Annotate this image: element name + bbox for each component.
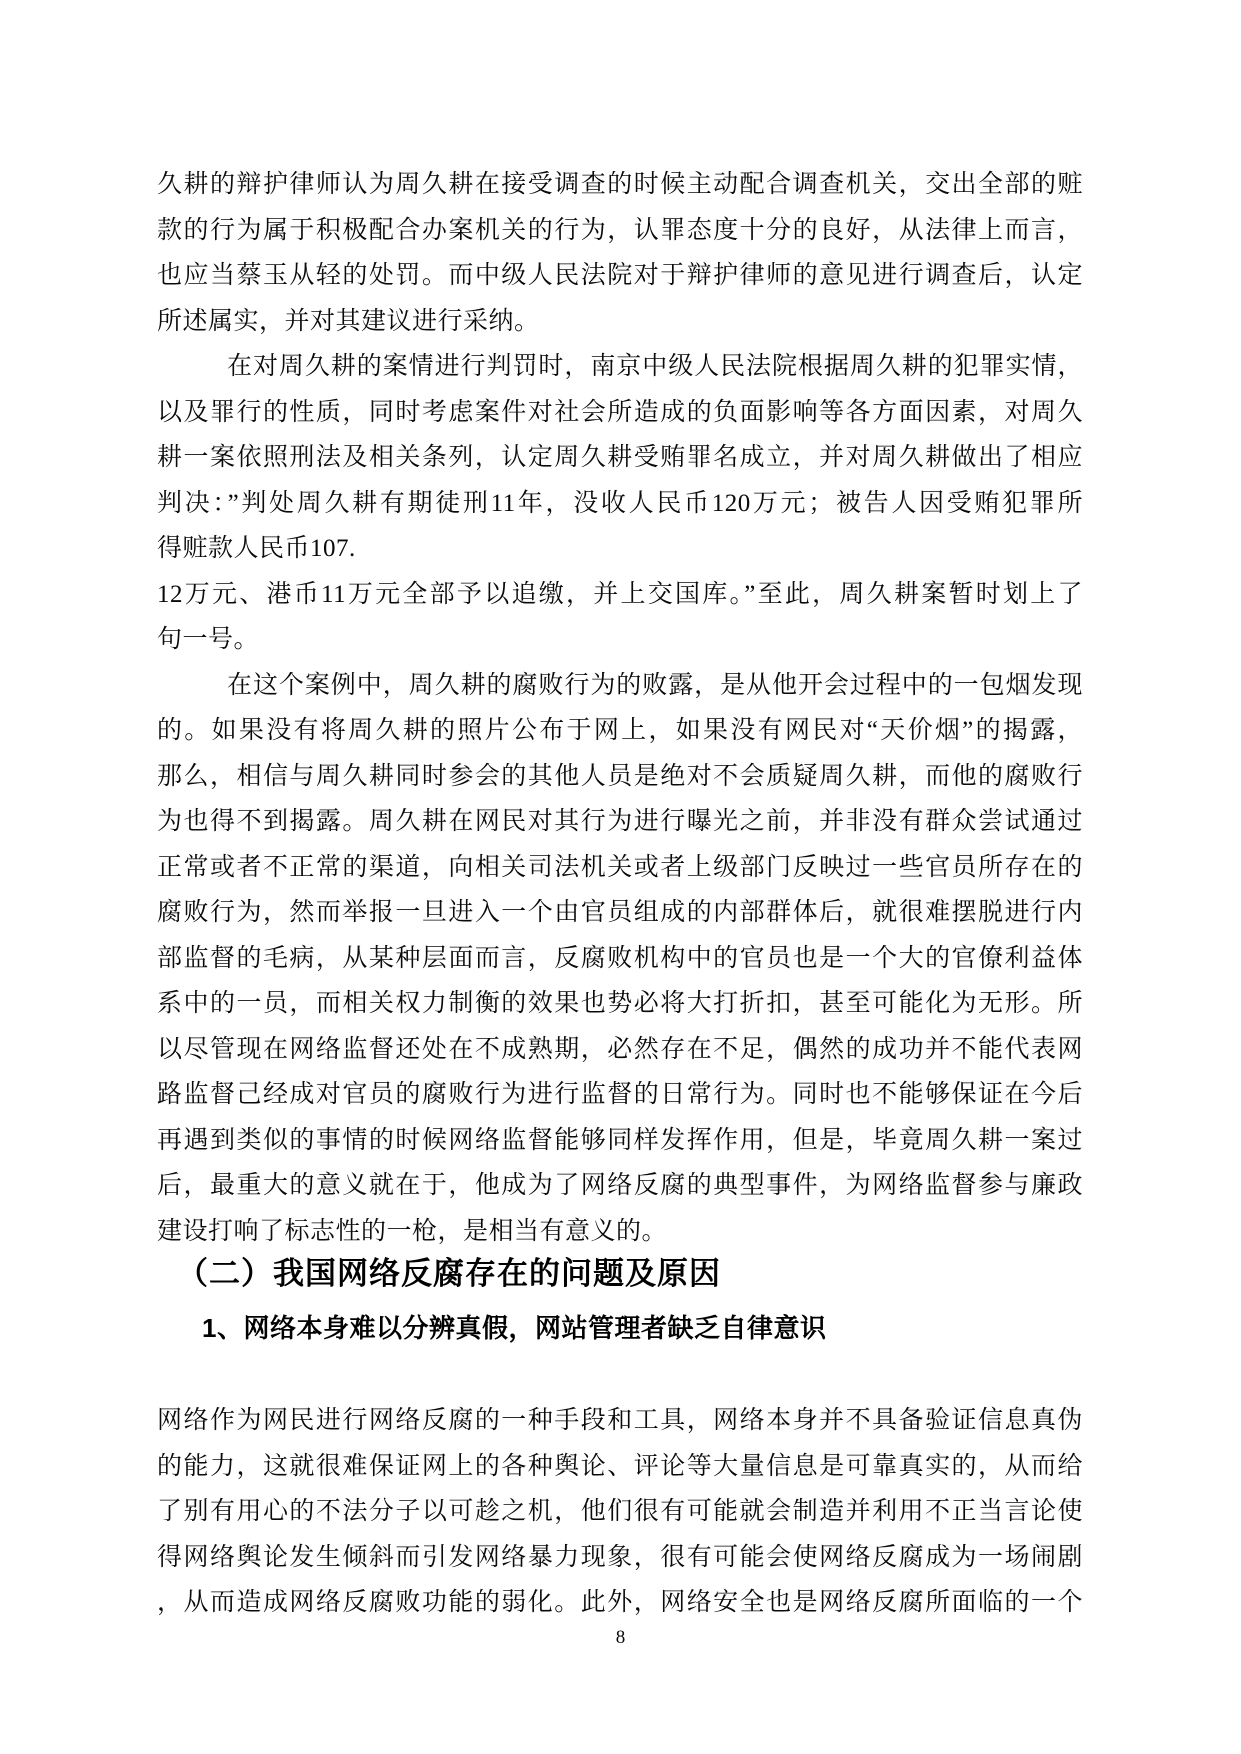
section-heading: （二）我国网络反腐存在的问题及原因 xyxy=(157,1254,1083,1294)
text-line: 耕一案依照刑法及相关条列，认定周久耕受贿罪名成立，并对周久耕做出了相应 xyxy=(157,435,1083,481)
text-line: 得赃款人民币107. xyxy=(157,526,1083,572)
text-line: 了别有用心的不法分子以可趁之机，他们很有可能就会制造并利用不正当言论使 xyxy=(157,1489,1083,1535)
text-line: 那么，相信与周久耕同时参会的其他人员是绝对不会质疑周久耕，而他的腐败行 xyxy=(157,754,1083,800)
text-line: 以尽管现在网络监督还处在不成熟期，必然存在不足，偶然的成功并不能代表网 xyxy=(157,1027,1083,1073)
text-line: ，从而造成网络反腐败功能的弱化。此外，网络安全也是网络反腐所面临的一个 xyxy=(157,1580,1083,1626)
body-text-block-lower: 网络作为网民进行网络反腐的一种手段和工具，网络本身并不具备验证信息真伪的能力，这… xyxy=(157,1398,1083,1626)
text-line: 判决：”判处周久耕有期徒刑11年，没收人民币120万元；被告人因受贿犯罪所 xyxy=(157,481,1083,527)
text-line: 也应当蔡玉从轻的处罚。而中级人民法院对于辩护律师的意见进行调查后，认定 xyxy=(157,253,1083,299)
text-line: 的。如果没有将周久耕的照片公布于网上，如果没有网民对“天价烟”的揭露， xyxy=(157,708,1083,754)
text-line: 再遇到类似的事情的时候网络监督能够同样发挥作用，但是，毕竟周久耕一案过 xyxy=(157,1118,1083,1164)
text-line: 在这个案例中，周久耕的腐败行为的败露，是从他开会过程中的一包烟发现 xyxy=(157,663,1083,709)
document-page: 久耕的辩护律师认为周久耕在接受调查的时候主动配合调查机关，交出全部的赃款的行为属… xyxy=(0,0,1241,1754)
text-line: 所述属实，并对其建议进行采纳。 xyxy=(157,299,1083,345)
text-line: 得网络舆论发生倾斜而引发网络暴力现象，很有可能会使网络反腐成为一场闹剧 xyxy=(157,1535,1083,1581)
text-line: 网络作为网民进行网络反腐的一种手段和工具，网络本身并不具备验证信息真伪 xyxy=(157,1398,1083,1444)
page-number: 8 xyxy=(0,1626,1241,1650)
text-line: 后，最重大的意义就在于，他成为了网络反腐的典型事件，为网络监督参与廉政 xyxy=(157,1163,1083,1209)
body-text-block-upper: 久耕的辩护律师认为周久耕在接受调查的时候主动配合调查机关，交出全部的赃款的行为属… xyxy=(157,162,1083,1254)
text-line: 12万元、港币11万元全部予以追缴，并上交国库。”至此，周久耕案暂时划上了 xyxy=(157,572,1083,618)
text-line: 腐败行为，然而举报一旦进入一个由官员组成的内部群体后，就很难摆脱进行内 xyxy=(157,890,1083,936)
text-line: 系中的一员，而相关权力制衡的效果也势必将大打折扣，甚至可能化为无形。所 xyxy=(157,981,1083,1027)
text-line: 路监督己经成对官员的腐败行为进行监督的日常行为。同时也不能够保证在今后 xyxy=(157,1072,1083,1118)
text-line: 的能力，这就很难保证网上的各种舆论、评论等大量信息是可靠真实的，从而给 xyxy=(157,1444,1083,1490)
text-line: 正常或者不正常的渠道，向相关司法机关或者上级部门反映过一些官员所存在的 xyxy=(157,845,1083,891)
text-line: 建设打响了标志性的一枪，是相当有意义的。 xyxy=(157,1209,1083,1255)
text-line: 在对周久耕的案情进行判罚时，南京中级人民法院根据周久耕的犯罪实情， xyxy=(157,344,1083,390)
text-line: 以及罪行的性质，同时考虑案件对社会所造成的负面影响等各方面因素，对周久 xyxy=(157,390,1083,436)
text-line: 久耕的辩护律师认为周久耕在接受调查的时候主动配合调查机关，交出全部的赃 xyxy=(157,162,1083,208)
sub-heading: 1、网络本身难以分辨真假，网站管理者缺乏自律意识 xyxy=(157,1312,1083,1344)
text-line: 款的行为属于积极配合办案机关的行为，认罪态度十分的良好，从法律上而言， xyxy=(157,208,1083,254)
text-line: 句一号。 xyxy=(157,617,1083,663)
text-line: 部监督的毛病，从某种层面而言，反腐败机构中的官员也是一个大的官僚利益体 xyxy=(157,936,1083,982)
text-line: 为也得不到揭露。周久耕在网民对其行为进行曝光之前，并非没有群众尝试通过 xyxy=(157,799,1083,845)
